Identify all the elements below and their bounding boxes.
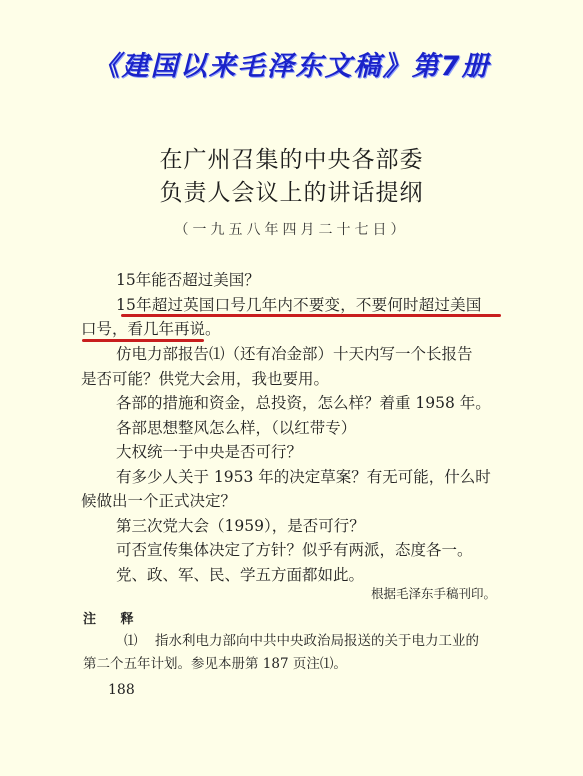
source-attribution: 根据毛泽东手稿刊印。	[371, 584, 496, 602]
document-date: （一九五八年四月二十七日）	[0, 219, 583, 239]
body-line: 候做出一个正式决定？	[81, 489, 236, 514]
body-line: 15年能否超过美国？	[116, 268, 260, 293]
body-line: 各部的措施和资金，总投资，怎么样？着重 1958 年。	[116, 391, 491, 416]
body-line: 可否宣传集体决定了方针？似乎有两派，态度各一。	[116, 538, 473, 563]
footnote-text-line-1: 指水利电力部向中共中央政治局报送的关于电力工业的	[155, 629, 479, 649]
body-line: 第三次党大会（1959），是否可行？	[116, 514, 365, 539]
book-banner-title: 《建国以来毛泽东文稿》第7册	[0, 44, 583, 83]
body-line: 有多少人关于 1953 年的决定草案？有无可能，什么时	[116, 465, 491, 490]
body-line-highlighted: 口号，看几年再说。	[81, 317, 221, 342]
body-line: 党、政、军、民、学五方面都如此。	[116, 563, 364, 588]
footnote-marker: ⑴	[124, 629, 138, 649]
body-line: 仿电力部报告⑴（还有冶金部）十天内写一个长报告	[116, 342, 473, 367]
notes-heading: 注 释	[83, 608, 144, 627]
body-line: 各部思想整风怎么样，（以红带专）	[116, 416, 356, 441]
body-line: 是否可能？供党大会用，我也要用。	[81, 367, 329, 392]
page-number: 188	[108, 682, 135, 698]
document-body: 15年能否超过美国？ 15年超过英国口号几年内不要变，不要何时超过美国 口号，看…	[83, 268, 499, 588]
document-title-line-2: 负责人会议上的讲话提纲	[0, 174, 583, 207]
document-title-line-1: 在广州召集的中央各部委	[0, 141, 583, 174]
footnote-text-line-2: 第二个五年计划。参见本册第 187 页注⑴。	[83, 652, 347, 672]
body-line: 大权统一于中央是否可行？	[116, 440, 302, 465]
